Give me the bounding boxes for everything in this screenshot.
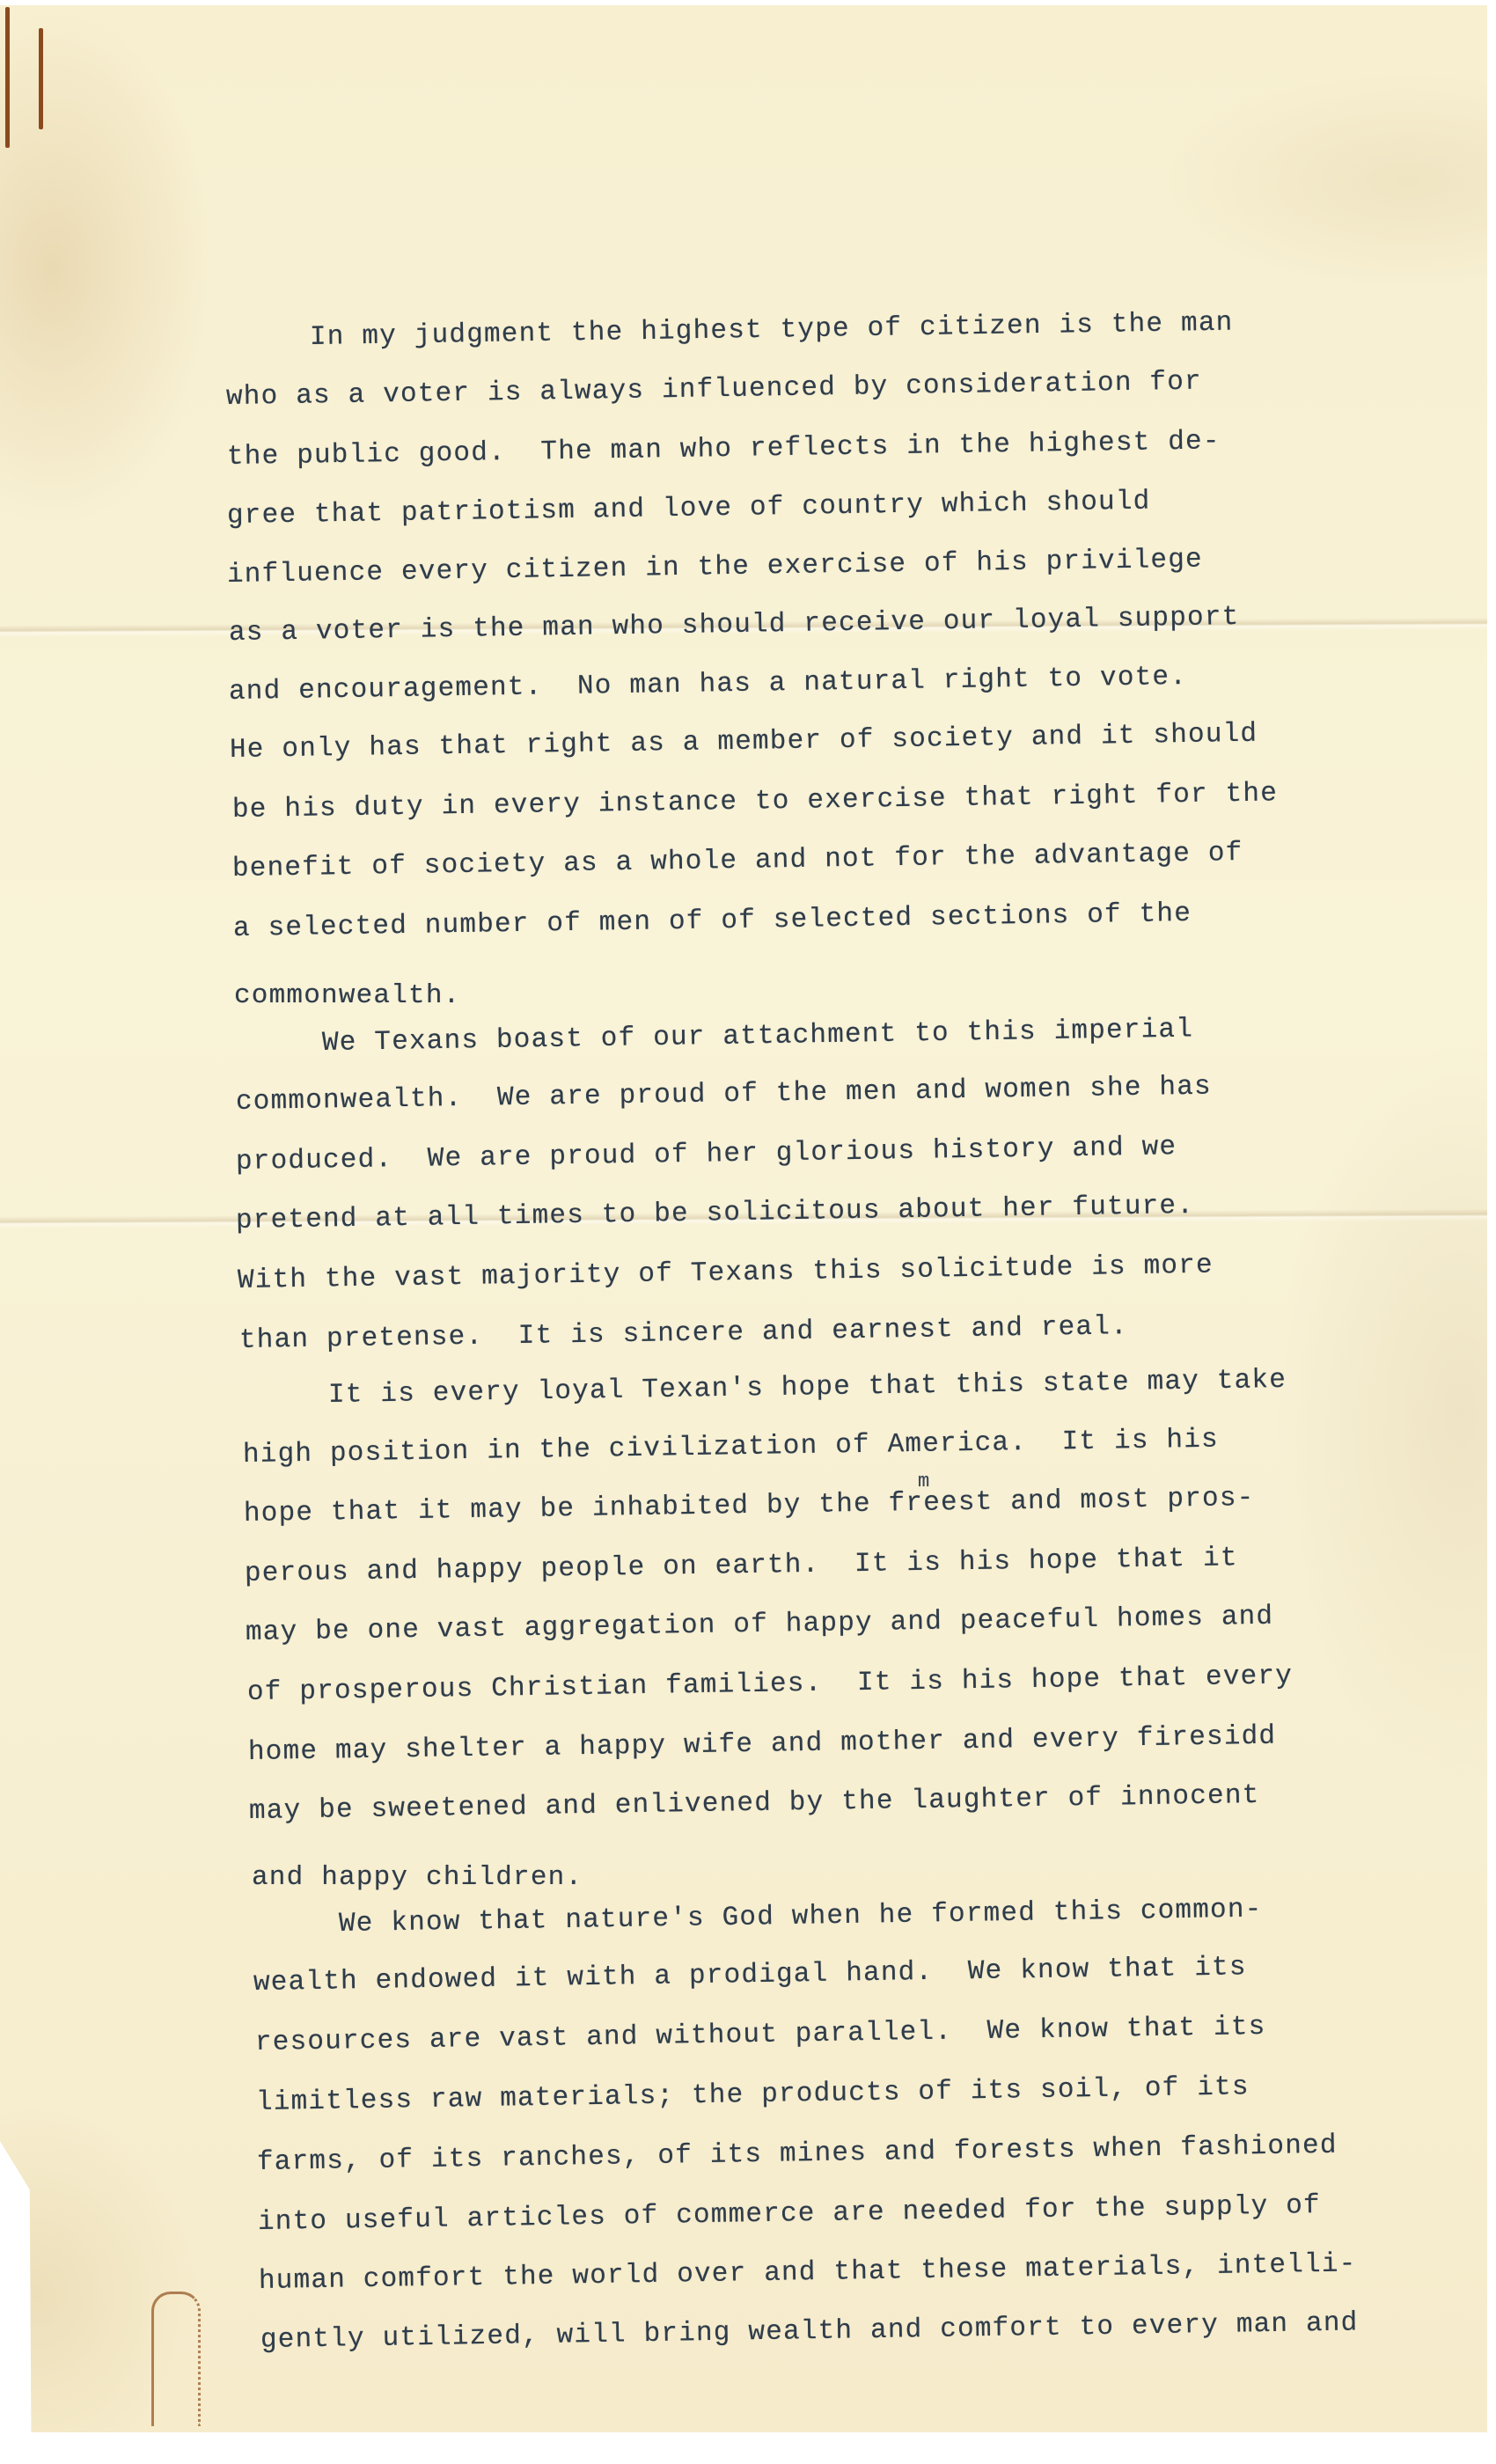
text-line: gently utilized, will bring wealth and c…	[260, 2307, 1359, 2356]
text-line: benefit of society as a whole and not fo…	[232, 838, 1243, 884]
text-line: In my judgment the highest type of citiz…	[310, 308, 1234, 353]
typewritten-body: In my judgment the highest type of citiz…	[0, 5, 1487, 1453]
correction-mark: m	[918, 1470, 930, 1492]
text-line: be his duty in every instance to exercis…	[232, 778, 1279, 825]
text-line: produced. We are proud of her glorious h…	[236, 1132, 1177, 1177]
text-line: commonwealth.	[234, 980, 460, 1011]
text-line: We Texans boast of our attachment to thi…	[322, 1014, 1194, 1059]
text-line: pretend at all times to be solicitous ab…	[236, 1191, 1195, 1236]
text-line: a selected number of men of of selected …	[233, 898, 1192, 944]
text-line: He only has that right as a member of so…	[230, 719, 1258, 766]
text-line: and happy children.	[252, 1862, 583, 1893]
text-line: high position in the civilization of Ame…	[243, 1425, 1219, 1470]
text-line: With the vast majority of Texans this so…	[238, 1250, 1214, 1296]
text-line: limitless raw materials; the products of…	[256, 2072, 1250, 2118]
text-line: commonwealth. We are proud of the men an…	[236, 1072, 1212, 1118]
text-line: resources are vast and without parallel.…	[255, 2012, 1266, 2058]
text-line: home may shelter a happy wife and mother…	[248, 1721, 1277, 1768]
text-line: the public good. The man who reflects in…	[227, 426, 1221, 473]
text-line: who as a voter is always influenced by c…	[226, 367, 1202, 413]
text-line: gree that patriotism and love of country…	[227, 487, 1151, 532]
text-line: of prosperous Christian families. It is …	[247, 1661, 1294, 1708]
text-line: farms, of its ranches, of its mines and …	[257, 2130, 1338, 2178]
text-line: perous and happy people on earth. It is …	[245, 1543, 1238, 1589]
text-line: and encouragement. No man has a natural …	[229, 662, 1188, 708]
text-line: than pretense. It is sincere and earnest…	[239, 1311, 1128, 1356]
staple-rust-mark-bottom	[151, 2292, 201, 2426]
text-line: wealth endowed it with a prodigal hand. …	[253, 1952, 1247, 1998]
text-line: We know that nature's God when he formed…	[339, 1895, 1263, 1940]
text-line: It is every loyal Texan's hope that this…	[328, 1365, 1287, 1411]
text-line: hope that it may be inhabited by the fre…	[244, 1483, 1255, 1529]
text-line: may be sweetened and enlivened by the la…	[249, 1780, 1260, 1827]
text-line: human comfort the world over and that th…	[259, 2248, 1357, 2297]
text-line: may be one vast aggregation of happy and…	[246, 1602, 1274, 1648]
text-line: as a voter is the man who should receive…	[229, 602, 1240, 649]
paper-page: In my judgment the highest type of citiz…	[0, 5, 1487, 2432]
text-line: into useful articles of commerce are nee…	[258, 2190, 1321, 2238]
text-line: influence every citizen in the exercise …	[227, 545, 1203, 590]
